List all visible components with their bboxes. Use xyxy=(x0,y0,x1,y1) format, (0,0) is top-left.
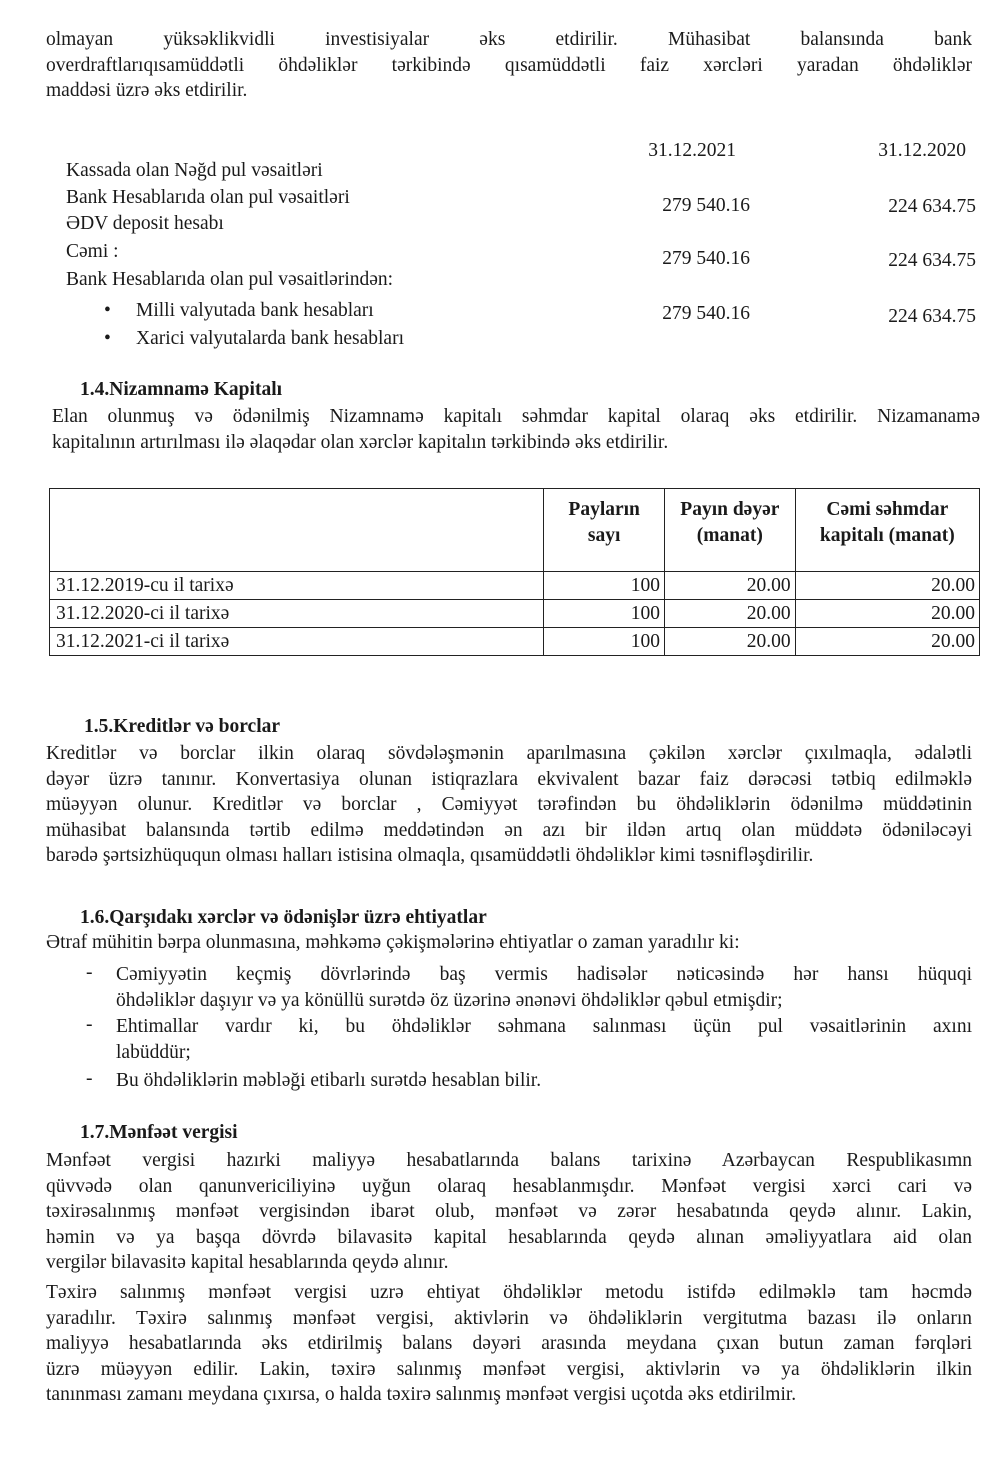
table-header-row: Payların sayı Payın dəyər (manat) Cəmi s… xyxy=(50,489,980,572)
table-cell: 31.12.2020-ci il tarixə xyxy=(50,600,544,628)
table-cell: 100 xyxy=(544,572,665,600)
table-cell: 100 xyxy=(544,628,665,656)
row-label: Milli valyutada bank hesabları xyxy=(136,300,374,322)
text-line: Mənfəət vergisi hazırki maliyyə hesabatl… xyxy=(46,1148,972,1174)
text-line: Təxirə salınmış mənfəət vergisi uzrə eht… xyxy=(46,1280,972,1306)
value-2020: 224 634.75 xyxy=(866,306,976,328)
table-cell: 20.00 xyxy=(795,600,979,628)
text-line: Elan olunmuş və ödənilmiş Nizamnamə kapi… xyxy=(52,404,980,430)
intro-paragraph: olmayan yüksəklikvidli investisiyalar ək… xyxy=(46,27,972,104)
table-cell: 31.12.2021-ci il tarixə xyxy=(50,628,544,656)
column-header-2020: 31.12.2020 xyxy=(856,140,966,162)
text-line: Kreditlər və borclar ilkin olaraq sövdəl… xyxy=(46,741,972,767)
table-cell: 20.00 xyxy=(665,600,796,628)
list-marker: - xyxy=(86,962,93,984)
column-header: Payın dəyər (manat) xyxy=(665,489,796,572)
column-header xyxy=(50,489,544,572)
cash-row: Bank Hesablarıda olan pul vəsaitlərindən… xyxy=(66,269,976,295)
section-heading: 1.5.Kreditlər və borclar xyxy=(84,716,280,738)
section-paragraph: Kreditlər və borclar ilkin olaraq sövdəl… xyxy=(46,741,972,869)
text-line: maddəsi üzrə əks etdirilir. xyxy=(46,78,972,104)
list-item: Ehtimallar vardır ki, bu öhdəliklər səhm… xyxy=(116,1014,972,1065)
row-label: Cəmi : xyxy=(66,241,119,263)
text-line: mühasibat balansında tərtib edilmə meddə… xyxy=(46,818,972,844)
text-line: təxirəsalınmış mənfəət vergisindən ibarə… xyxy=(46,1199,972,1225)
section-intro: Ətraf mühitin bərpa olunmasına, məhkəmə … xyxy=(46,932,740,954)
capital-table: Payların sayı Payın dəyər (manat) Cəmi s… xyxy=(49,488,980,656)
text-line: tanınması zamanı meydana çıxırsa, o hald… xyxy=(46,1382,972,1408)
table-cell: 20.00 xyxy=(665,628,796,656)
text-line: dəyər üzrə tanınır. Konvertasiya olunan … xyxy=(46,767,972,793)
list-marker: - xyxy=(86,1014,93,1036)
text-line: maliyyə hesabatlarında əks etdirilmiş ba… xyxy=(46,1331,972,1357)
list-item: Cəmiyyətin keçmiş dövrlərində baş vermis… xyxy=(116,962,972,1013)
row-label: ƏDV deposit hesabı xyxy=(66,213,224,235)
text-line: üzrə müəyyən edilir. Lakin, təxirə salın… xyxy=(46,1357,972,1383)
section-heading: 1.7.Mənfəət vergisi xyxy=(80,1122,238,1144)
table-row: 31.12.2020-ci il tarixə 100 20.00 20.00 xyxy=(50,600,980,628)
section-paragraph: Təxirə salınmış mənfəət vergisi uzrə eht… xyxy=(46,1280,972,1408)
bullet-icon: • xyxy=(104,300,111,322)
text-line: öhdəliklər daşıyır və ya könüllü surətdə… xyxy=(116,988,972,1014)
row-label: Bank Hesablarıda olan pul vəsaitləri xyxy=(66,187,350,209)
section-heading: 1.4.Nizamnamə Kapitalı xyxy=(80,379,282,401)
value-2021: 279 540.16 xyxy=(640,303,750,325)
cash-row: Bank Hesablarıda olan pul vəsaitləri 279… xyxy=(66,187,976,213)
table-row: 31.12.2019-cu il tarixə 100 20.00 20.00 xyxy=(50,572,980,600)
value-2021: 279 540.16 xyxy=(640,248,750,270)
table-cell: 31.12.2019-cu il tarixə xyxy=(50,572,544,600)
section-heading: 1.6.Qarşıdakı xərclər və ödənişlər üzrə … xyxy=(80,907,487,929)
text-line: barədə şərtsizhüququn olması halları ist… xyxy=(46,843,972,869)
text-line: Bu öhdəliklərin məbləği etibarlı surətdə… xyxy=(116,1068,972,1094)
cash-row-total: Cəmi : 279 540.16 224 634.75 xyxy=(66,241,976,267)
text-line: Ehtimallar vardır ki, bu öhdəliklər səhm… xyxy=(116,1014,972,1040)
cash-bullet-row: • Milli valyutada bank hesabları 279 540… xyxy=(66,300,976,326)
table-row: 31.12.2021-ci il tarixə 100 20.00 20.00 xyxy=(50,628,980,656)
text-line: olmayan yüksəklikvidli investisiyalar ək… xyxy=(46,27,972,53)
text-line: vergilər bilavasitə kapital hesablarında… xyxy=(46,1250,972,1276)
text-line: kapitalının artırılması ilə əlaqədar ola… xyxy=(52,430,980,456)
row-label: Bank Hesablarıda olan pul vəsaitlərindən… xyxy=(66,269,393,291)
column-header: Cəmi səhmdar kapitalı (manat) xyxy=(795,489,979,572)
cash-row: ƏDV deposit hesabı xyxy=(66,213,976,239)
text-line: labüddür; xyxy=(116,1040,972,1066)
text-line: Cəmiyyətin keçmiş dövrlərində baş vermis… xyxy=(116,962,972,988)
column-header: Payların sayı xyxy=(544,489,665,572)
list-item: Bu öhdəliklərin məbləği etibarlı surətdə… xyxy=(116,1068,972,1094)
section-paragraph: Mənfəət vergisi hazırki maliyyə hesabatl… xyxy=(46,1148,972,1276)
row-label: Xarici valyutalarda bank hesabları xyxy=(136,328,404,350)
text-line: müəyyən olunur. Kreditlər və borclar , C… xyxy=(46,792,972,818)
table-cell: 20.00 xyxy=(665,572,796,600)
cash-bullet-row: • Xarici valyutalarda bank hesabları xyxy=(66,328,976,354)
text-line: overdraftlarıqısamüddətli öhdəliklər tər… xyxy=(46,53,972,79)
cash-row: Kassada olan Nəğd pul vəsaitləri xyxy=(66,160,976,186)
row-label: Kassada olan Nəğd pul vəsaitləri xyxy=(66,160,323,182)
table-cell: 20.00 xyxy=(795,572,979,600)
column-header-2021: 31.12.2021 xyxy=(626,140,736,162)
bullet-icon: • xyxy=(104,328,111,350)
section-paragraph: Elan olunmuş və ödənilmiş Nizamnamə kapi… xyxy=(52,404,980,455)
list-marker: - xyxy=(86,1068,93,1090)
text-line: yaradılır. Təxirə salınmış mənfəət vergi… xyxy=(46,1306,972,1332)
text-line: həmin və ya başqa dövrdə bilavasitə kapi… xyxy=(46,1225,972,1251)
table-cell: 20.00 xyxy=(795,628,979,656)
table-cell: 100 xyxy=(544,600,665,628)
text-line: qüvvədə olan qanunvericiliyinə uyğun ola… xyxy=(46,1174,972,1200)
